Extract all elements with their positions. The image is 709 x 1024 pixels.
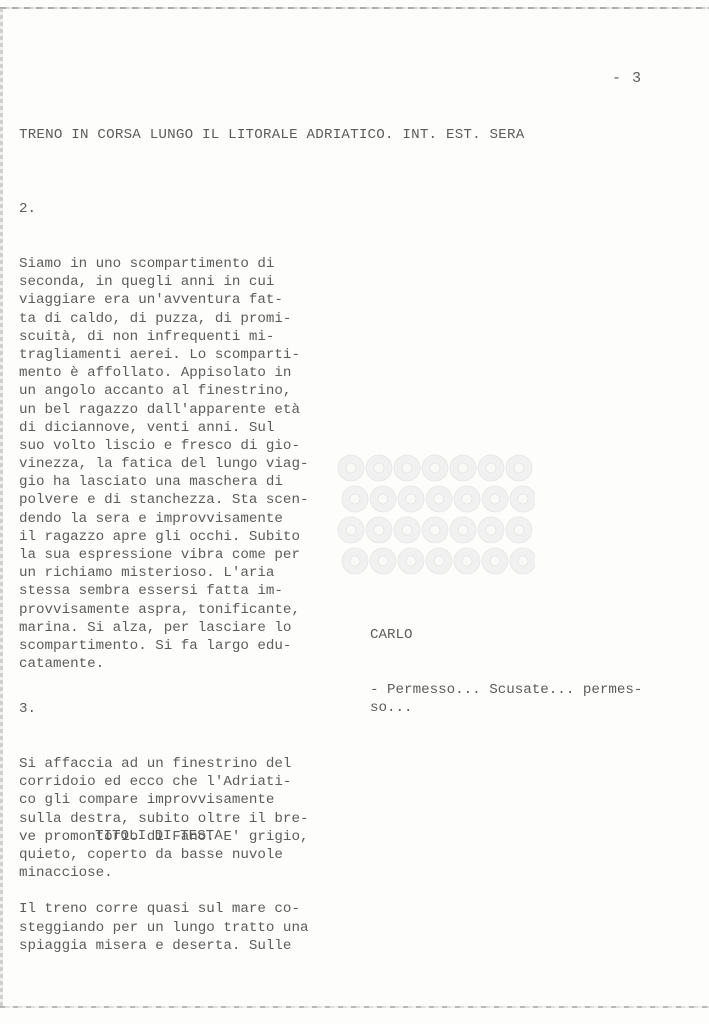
text-line: polvere e di stanchezza. Sta scen- bbox=[19, 491, 308, 509]
watermark-stamp-icon bbox=[335, 452, 535, 580]
text-line: un richiamo misterioso. L'aria bbox=[19, 564, 308, 582]
page-number: - 3 bbox=[612, 70, 642, 87]
titles-heading: TITOLI DI TESTA bbox=[95, 828, 223, 844]
text-line: - Permesso... Scusate... permes- bbox=[370, 681, 642, 699]
scan-edge-bottom bbox=[0, 1006, 709, 1008]
text-line: mento è affollato. Appisolato in bbox=[19, 364, 308, 382]
text-line: vinezza, la fatica del lungo viag- bbox=[19, 455, 308, 473]
text-line: il ragazzo apre gli occhi. Subito bbox=[19, 528, 308, 546]
paragraph-text: Il treno corre quasi sul mare co-steggia… bbox=[19, 900, 308, 955]
text-line: steggiando per un lungo tratto una bbox=[19, 919, 308, 937]
text-line: tragliamenti aerei. Lo scomparti- bbox=[19, 346, 308, 364]
text-line: un angolo accanto al finestrino, bbox=[19, 382, 308, 400]
text-line: provvisamente aspra, tonificante, bbox=[19, 601, 308, 619]
scene-2-block: 2. Siamo in uno scompartimento diseconda… bbox=[19, 164, 308, 692]
text-line: quieto, coperto da basse nuvole bbox=[19, 846, 308, 864]
text-line: stessa sembra essersi fatta im- bbox=[19, 582, 308, 600]
text-line: scuità, di non infrequenti mi- bbox=[19, 328, 308, 346]
scan-edge-left bbox=[0, 8, 3, 1008]
dialogue-block: CARLO - Permesso... Scusate... permes-so… bbox=[370, 590, 642, 736]
text-line: spiaggia misera e deserta. Sulle bbox=[19, 937, 308, 955]
speaker-name: CARLO bbox=[370, 626, 642, 644]
text-line: dendo la sera e improvvisamente bbox=[19, 510, 308, 528]
text-line: ta di caldo, di puzza, di promi- bbox=[19, 310, 308, 328]
text-line: co gli compare improvvisamente bbox=[19, 791, 308, 809]
text-line: viaggiare era un'avventura fat- bbox=[19, 291, 308, 309]
text-line: scompartimento. Si fa largo edu- bbox=[19, 637, 308, 655]
text-line: sulla destra, subito oltre il bre- bbox=[19, 810, 308, 828]
text-line: Il treno corre quasi sul mare co- bbox=[19, 900, 308, 918]
text-line: so... bbox=[370, 699, 642, 717]
text-line: suo volto liscio e fresco di gio- bbox=[19, 437, 308, 455]
text-line: corridoio ed ecco che l'Adriati- bbox=[19, 773, 308, 791]
text-line: la sua espressione vibra come per bbox=[19, 546, 308, 564]
text-line: gio ha lasciato una maschera di bbox=[19, 473, 308, 491]
scene-number: 3. bbox=[19, 700, 308, 718]
scene-number: 2. bbox=[19, 200, 308, 218]
text-line: marina. Si alza, per lasciare lo bbox=[19, 619, 308, 637]
text-line: di diciannove, venti anni. Sul bbox=[19, 419, 308, 437]
dialogue-text: - Permesso... Scusate... permes-so... bbox=[370, 681, 642, 717]
text-line: Siamo in uno scompartimento di bbox=[19, 255, 308, 273]
scene-2-text: Siamo in uno scompartimento diseconda, i… bbox=[19, 255, 308, 673]
paragraph-after-titles: Il treno corre quasi sul mare co-steggia… bbox=[19, 864, 308, 973]
text-line: Si affaccia ad un finestrino del bbox=[19, 755, 308, 773]
text-line: seconda, in quegli anni in cui bbox=[19, 273, 308, 291]
scan-edge-top bbox=[0, 7, 709, 9]
text-line: un bel ragazzo dall'apparente età bbox=[19, 401, 308, 419]
scene-heading: TRENO IN CORSA LUNGO IL LITORALE ADRIATI… bbox=[19, 127, 524, 143]
